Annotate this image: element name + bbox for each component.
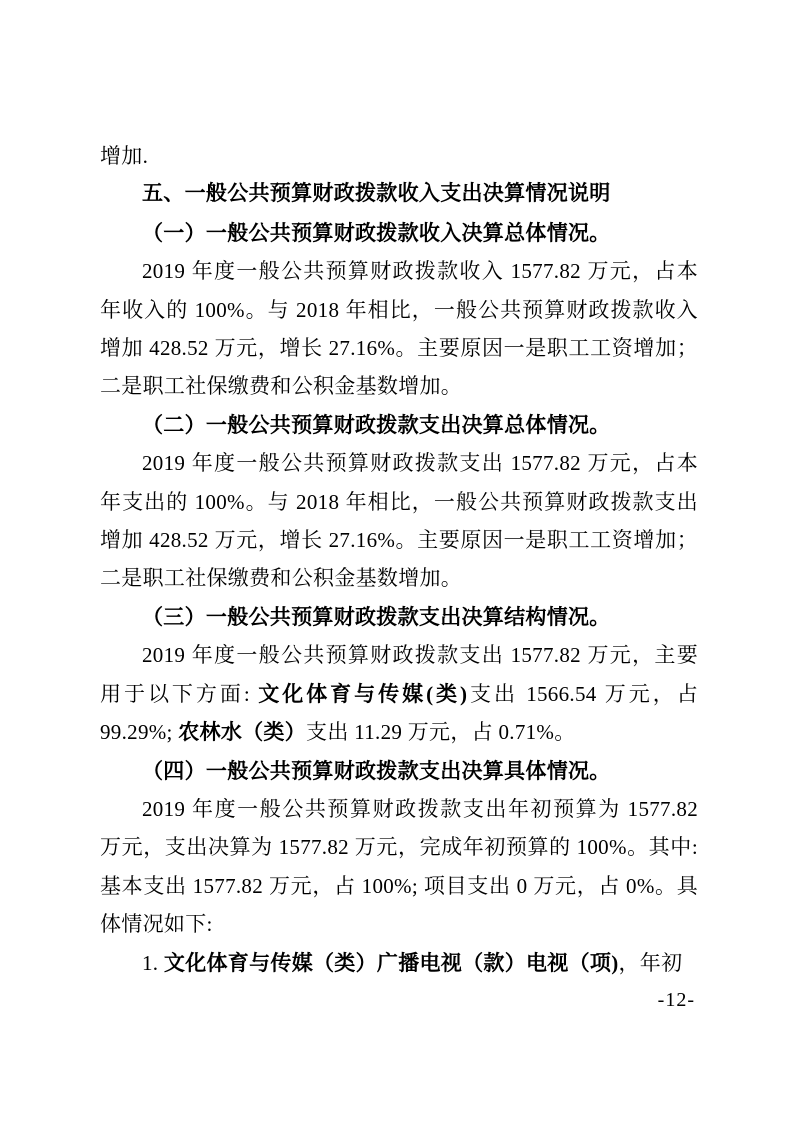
subsection-heading-1: （一）一般公共预算财政拨款收入决算总体情况。: [100, 214, 698, 252]
category-agriculture-forestry-water: 农林水（类）: [178, 720, 306, 744]
subsection-heading-3: （三）一般公共预算财政拨款支出决算结构情况。: [100, 598, 698, 636]
subsection-heading-2: （二）一般公共预算财政拨款支出决算总体情况。: [100, 406, 698, 444]
continuation-line: 增加.: [100, 137, 698, 175]
document-body: 增加. 五、一般公共预算财政拨款收入支出决算情况说明 （一）一般公共预算财政拨款…: [100, 137, 698, 982]
structure-text-3: 支出 11.29 万元，占 0.71%。: [306, 720, 575, 744]
subsection-heading-4: （四）一般公共预算财政拨款支出决算具体情况。: [100, 752, 698, 790]
item-number: 1.: [142, 951, 164, 975]
document-page: 增加. 五、一般公共预算财政拨款收入支出决算情况说明 （一）一般公共预算财政拨款…: [0, 0, 793, 1122]
item-category-tv: 文化体育与传媒（类）广播电视（款）电视（项): [164, 951, 619, 975]
paragraph-revenue-overview: 2019 年度一般公共预算财政拨款收入 1577.82 万元，占本年收入的 10…: [100, 252, 698, 406]
paragraph-expenditure-detail: 2019 年度一般公共预算财政拨款支出年初预算为 1577.82 万元，支出决算…: [100, 790, 698, 944]
paragraph-expenditure-overview: 2019 年度一般公共预算财政拨款支出 1577.82 万元，占本年支出的 10…: [100, 444, 698, 598]
list-item-1: 1. 文化体育与传媒（类）广播电视（款）电视（项)，年初: [100, 944, 698, 982]
category-culture-sports-media: 文化体育与传媒(类): [258, 682, 467, 706]
page-number: -12-: [658, 988, 695, 1012]
item-trailing-text: ，年初: [619, 951, 683, 975]
paragraph-expenditure-structure: 2019 年度一般公共预算财政拨款支出 1577.82 万元，主要用于以下方面:…: [100, 636, 698, 751]
section-heading-5: 五、一般公共预算财政拨款收入支出决算情况说明: [100, 175, 698, 213]
